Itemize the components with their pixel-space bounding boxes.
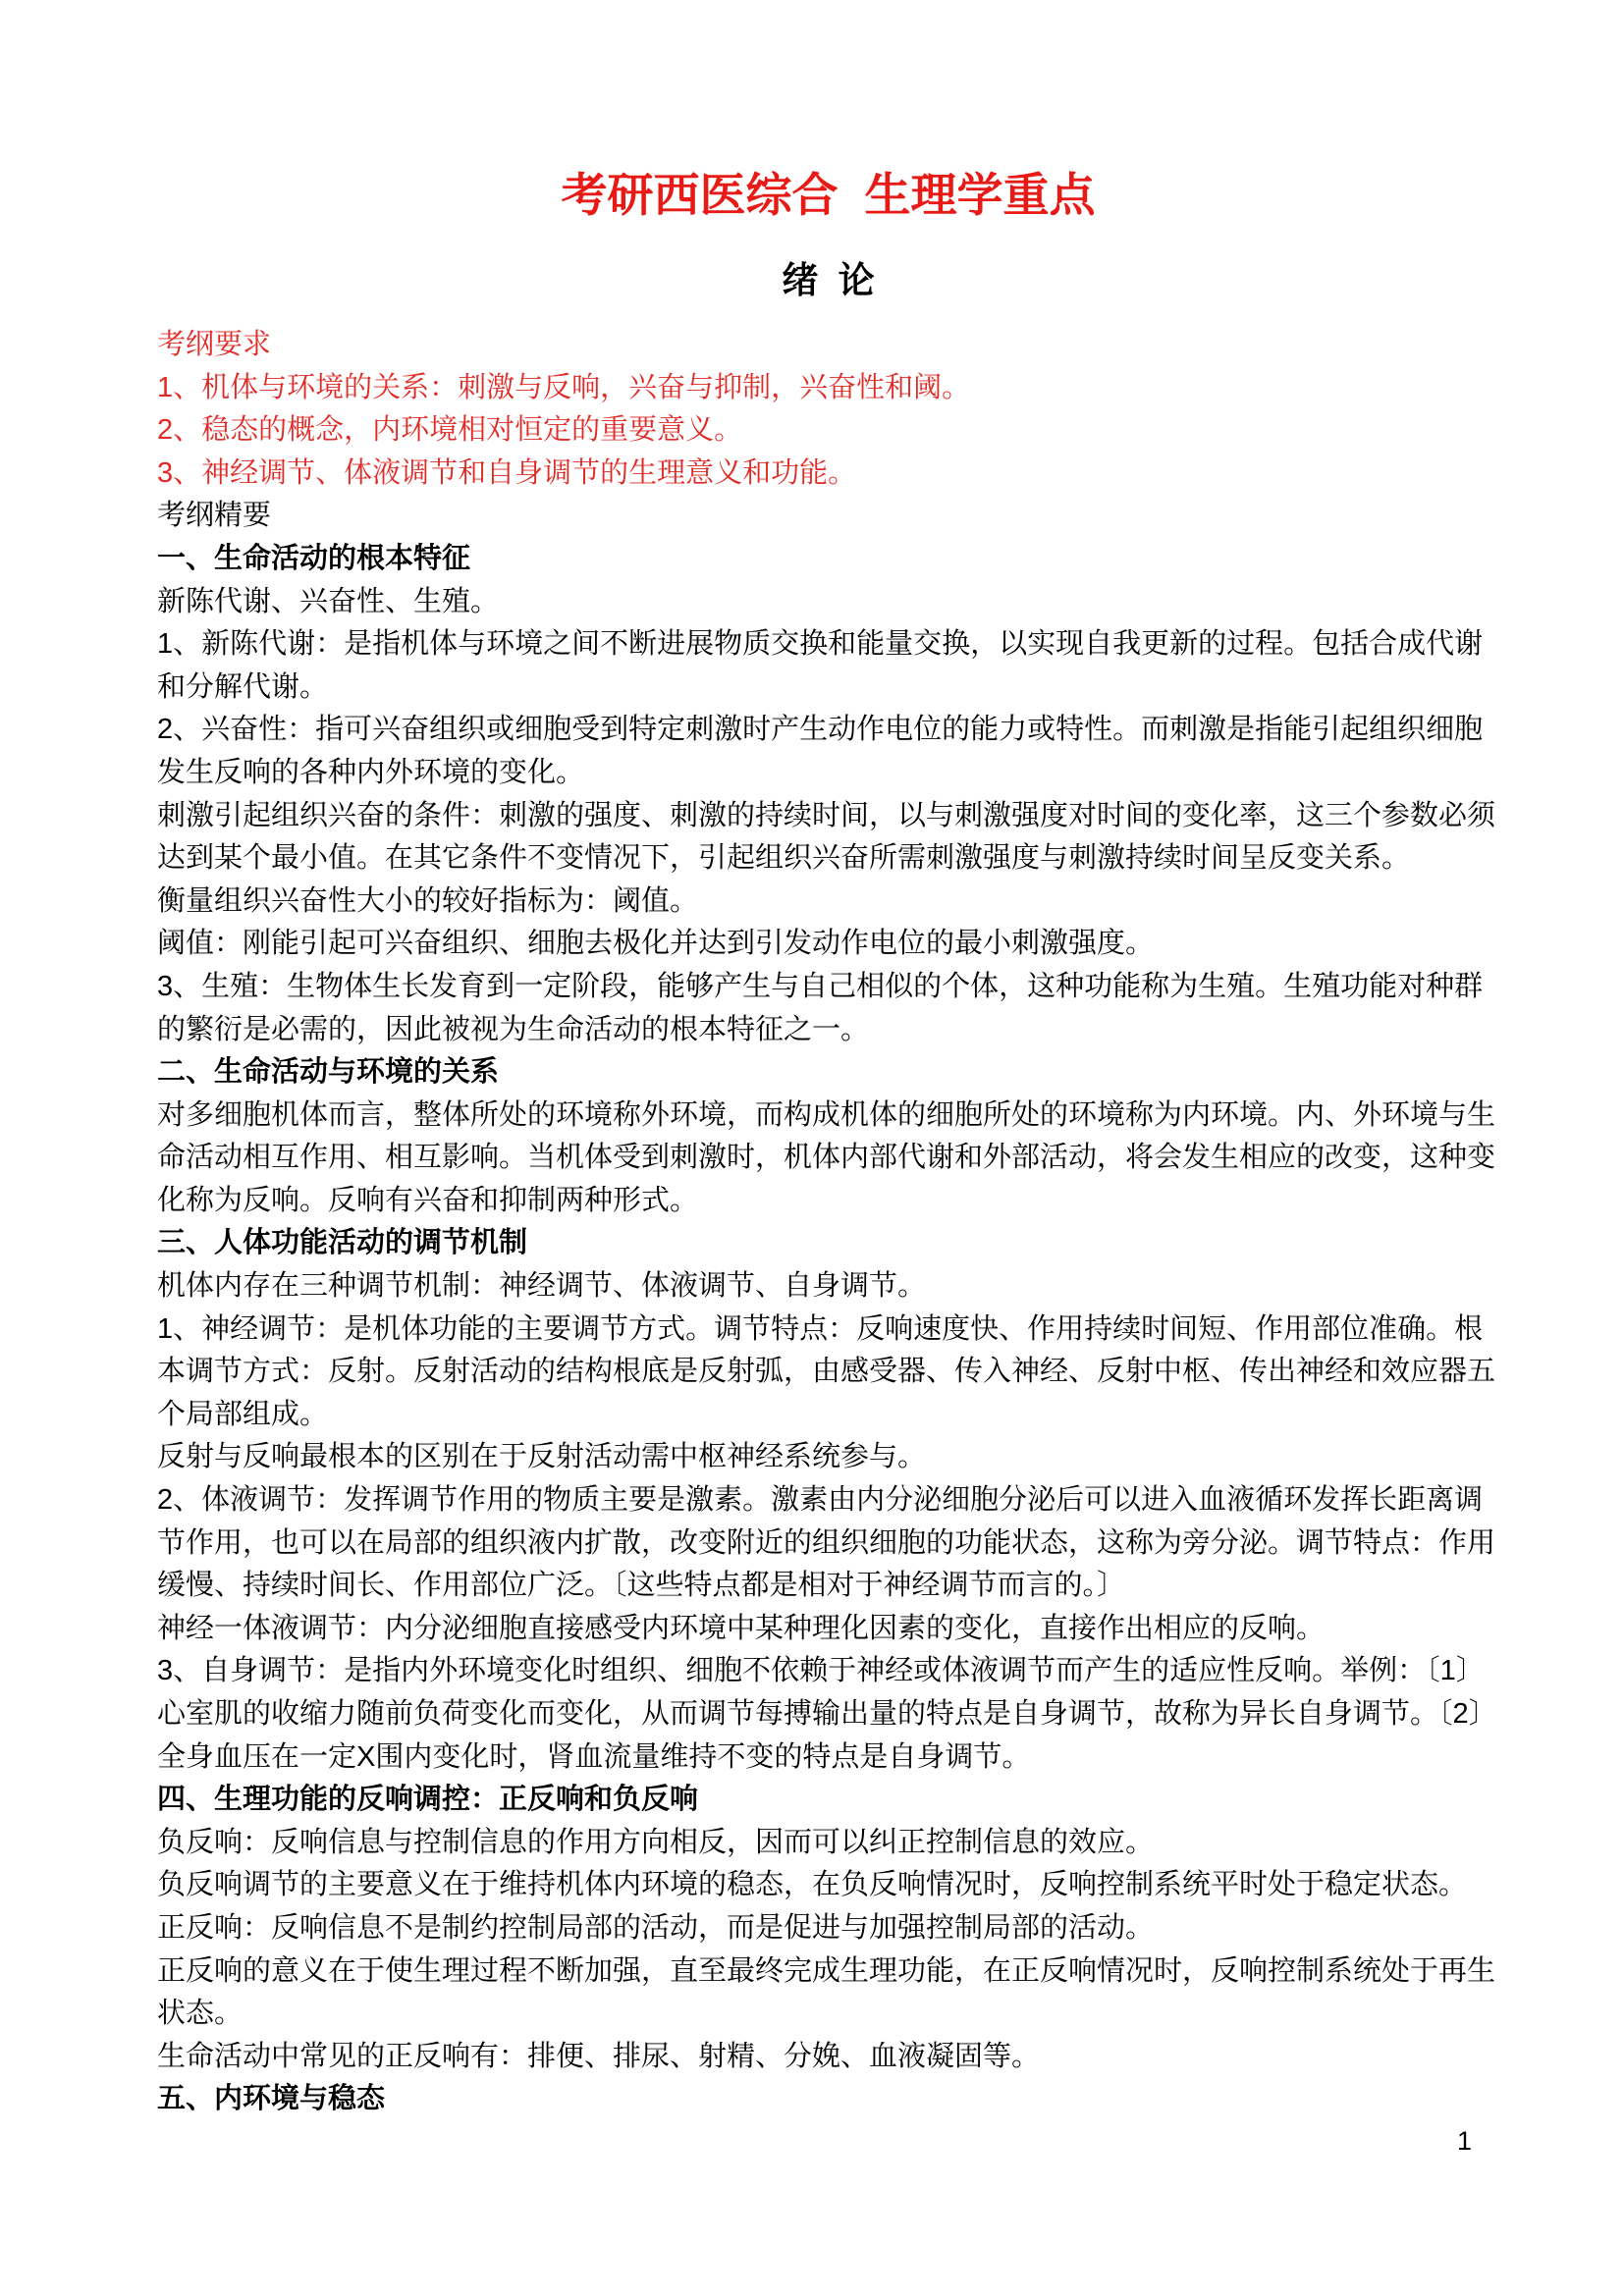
doc-line: 全身血压在一定X围内变化时，肾血流量维持不变的特点是自身调节。 — [157, 1736, 1499, 1780]
exam-outline-item: 1、机体与环境的关系：刺激与反响，兴奋与抑制，兴奋性和阈。 — [157, 367, 1499, 410]
doc-line: 阈值：刚能引起可兴奋组织、细胞去极化并达到引发动作电位的最小刺激强度。 — [157, 923, 1499, 966]
exam-outline-item: 2、稳态的概念，内环境相对恒定的重要意义。 — [157, 409, 1499, 453]
page-number: 1 — [1457, 2126, 1472, 2156]
doc-line: 缓慢、持续时间长、作用部位广泛。〔这些特点都是相对于神经调节而言的。〕 — [157, 1565, 1499, 1608]
exam-outline-item: 3、神经调节、体液调节和自身调节的生理意义和功能。 — [157, 453, 1499, 496]
section-heading-1: 一、生命活动的根本特征 — [157, 538, 1499, 581]
document-page: 考研西医综合 生理学重点 绪 论 考纲要求 1、机体与环境的关系：刺激与反响，兴… — [0, 0, 1624, 2296]
doc-line: 1、新陈代谢：是指机体与环境之间不断进展物质交换和能量交换，以实现自我更新的过程… — [157, 623, 1499, 667]
doc-line: 生命活动中常见的正反响有：排便、排尿、射精、分娩、血液凝固等。 — [157, 2036, 1499, 2079]
doc-line: 心室肌的收缩力随前负荷变化而变化，从而调节每搏输出量的特点是自身调节，故称为异长… — [157, 1693, 1499, 1736]
doc-line: 3、自身调节：是指内外环境变化时组织、细胞不依赖于神经或体液调节而产生的适应性反… — [157, 1650, 1499, 1693]
doc-line: 的繁衍是必需的，因此被视为生命活动的根本特征之一。 — [157, 1009, 1499, 1052]
doc-line: 对多细胞机体而言，整体所处的环境称外环境，而构成机体的细胞所处的环境称为内环境。… — [157, 1095, 1499, 1138]
doc-line: 1、神经调节：是机体功能的主要调节方式。调节特点：反响速度快、作用持续时间短、作… — [157, 1308, 1499, 1352]
doc-line: 刺激引起组织兴奋的条件：刺激的强度、刺激的持续时间，以与刺激强度对时间的变化率，… — [157, 795, 1499, 838]
section-heading-4: 四、生理功能的反响调控：正反响和负反响 — [157, 1779, 1499, 1822]
doc-line: 状态。 — [157, 1993, 1499, 2036]
doc-line: 机体内存在三种调节机制：神经调节、体液调节、自身调节。 — [157, 1265, 1499, 1308]
section-heading-3: 三、人体功能活动的调节机制 — [157, 1222, 1499, 1265]
section-heading-5: 五、内环境与稳态 — [157, 2078, 1499, 2121]
doc-line: 和分解代谢。 — [157, 667, 1499, 710]
document-title: 考研西医综合 生理学重点 — [157, 0, 1499, 224]
doc-line: 化称为反响。反响有兴奋和抑制两种形式。 — [157, 1180, 1499, 1223]
document-body: 考纲要求 1、机体与环境的关系：刺激与反响，兴奋与抑制，兴奋性和阈。 2、稳态的… — [157, 324, 1499, 2121]
doc-line: 负反响调节的主要意义在于维持机体内环境的稳态，在负反响情况时，反响控制系统平时处… — [157, 1864, 1499, 1907]
doc-line: 节作用，也可以在局部的组织液内扩散，改变附近的组织细胞的功能状态，这称为旁分泌。… — [157, 1522, 1499, 1566]
doc-line: 正反响的意义在于使生理过程不断加强，直至最终完成生理功能，在正反响情况时，反响控… — [157, 1950, 1499, 1994]
doc-line: 反射与反响最根本的区别在于反射活动需中枢神经系统参与。 — [157, 1436, 1499, 1479]
doc-line: 命活动相互作用、相互影响。当机体受到刺激时，机体内部代谢和外部活动，将会发生相应… — [157, 1137, 1499, 1180]
doc-line: 发生反响的各种内外环境的变化。 — [157, 752, 1499, 795]
doc-line: 达到某个最小值。在其它条件不变情况下，引起组织兴奋所需刺激强度与刺激持续时间呈反… — [157, 837, 1499, 881]
exam-outline-label: 考纲要求 — [157, 324, 1499, 367]
doc-line: 正反响：反响信息不是制约控制局部的活动，而是促进与加强控制局部的活动。 — [157, 1907, 1499, 1950]
doc-line: 神经一体液调节：内分泌细胞直接感受内环境中某种理化因素的变化，直接作出相应的反响… — [157, 1608, 1499, 1651]
doc-line: 2、兴奋性：指可兴奋组织或细胞受到特定刺激时产生动作电位的能力或特性。而刺激是指… — [157, 709, 1499, 752]
outline-essentials-label: 考纲精要 — [157, 495, 1499, 538]
doc-line: 本调节方式：反射。反射活动的结构根底是反射弧，由感受器、传入神经、反射中枢、传出… — [157, 1351, 1499, 1394]
chapter-title: 绪 论 — [157, 259, 1499, 302]
doc-line: 新陈代谢、兴奋性、生殖。 — [157, 581, 1499, 624]
doc-line: 2、体液调节：发挥调节作用的物质主要是激素。激素由内分泌细胞分泌后可以进入血液循… — [157, 1479, 1499, 1522]
doc-line: 衡量组织兴奋性大小的较好指标为：阈值。 — [157, 881, 1499, 924]
doc-line: 3、生殖：生物体生长发育到一定阶段，能够产生与自己相似的个体，这种功能称为生殖。… — [157, 966, 1499, 1009]
section-heading-2: 二、生命活动与环境的关系 — [157, 1051, 1499, 1095]
doc-line: 个局部组成。 — [157, 1394, 1499, 1437]
doc-line: 负反响：反响信息与控制信息的作用方向相反，因而可以纠正控制信息的效应。 — [157, 1822, 1499, 1865]
